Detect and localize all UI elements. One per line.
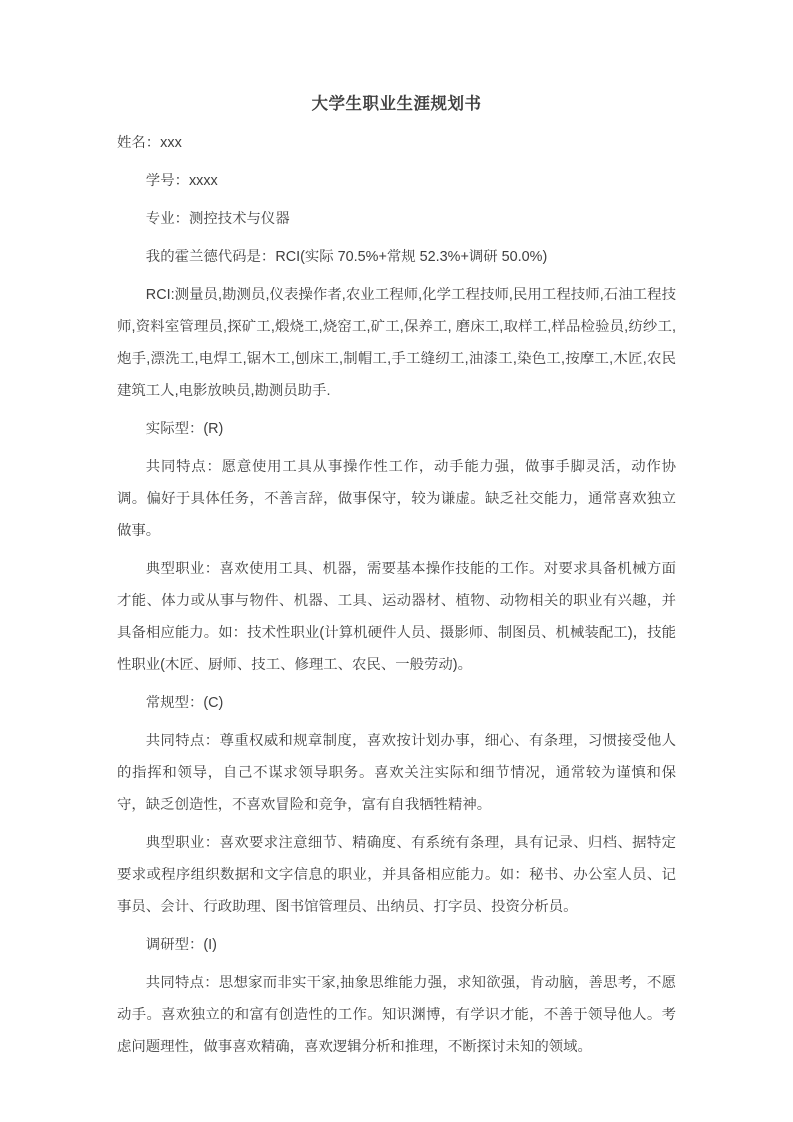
document-title: 大学生职业生涯规划书 <box>117 88 676 120</box>
investigative-common-traits-paragraph: 共同特点：思想家而非实干家,抽象思维能力强，求知欲强，肯动脑，善思考，不愿动手。… <box>117 967 676 1063</box>
realistic-common-traits-paragraph: 共同特点：愿意使用工具从事操作性工作，动手能力强，做事手脚灵活，动作协调。偏好于… <box>117 451 676 547</box>
heading-conventional-type: 常规型：(C) <box>117 687 676 719</box>
holland-code-line: 我的霍兰德代码是：RCI(实际 70.5%+常规 52.3%+调研 50.0%) <box>117 241 676 273</box>
field-student-id-line: 学号：xxxx <box>117 165 676 197</box>
field-name-line: 姓名：xxx <box>117 127 676 159</box>
rci-occupations-paragraph: RCI:测量员,勘测员,仪表操作者,农业工程师,化学工程技师,民用工程技师,石油… <box>117 279 676 407</box>
realistic-typical-jobs-paragraph: 典型职业：喜欢使用工具、机器，需要基本操作技能的工作。对要求具备机械方面才能、体… <box>117 553 676 681</box>
heading-investigative-type: 调研型：(I) <box>117 929 676 961</box>
field-major-line: 专业：测控技术与仪器 <box>117 203 676 235</box>
document-page: 大学生职业生涯规划书 姓名：xxx 学号：xxxx 专业：测控技术与仪器 我的霍… <box>0 0 793 1122</box>
conventional-typical-jobs-paragraph: 典型职业：喜欢要求注意细节、精确度、有系统有条理，具有记录、归档、据特定要求或程… <box>117 827 676 923</box>
heading-realistic-type: 实际型：(R) <box>117 413 676 445</box>
conventional-common-traits-paragraph: 共同特点：尊重权威和规章制度，喜欢按计划办事，细心、有条理，习惯接受他人的指挥和… <box>117 725 676 821</box>
